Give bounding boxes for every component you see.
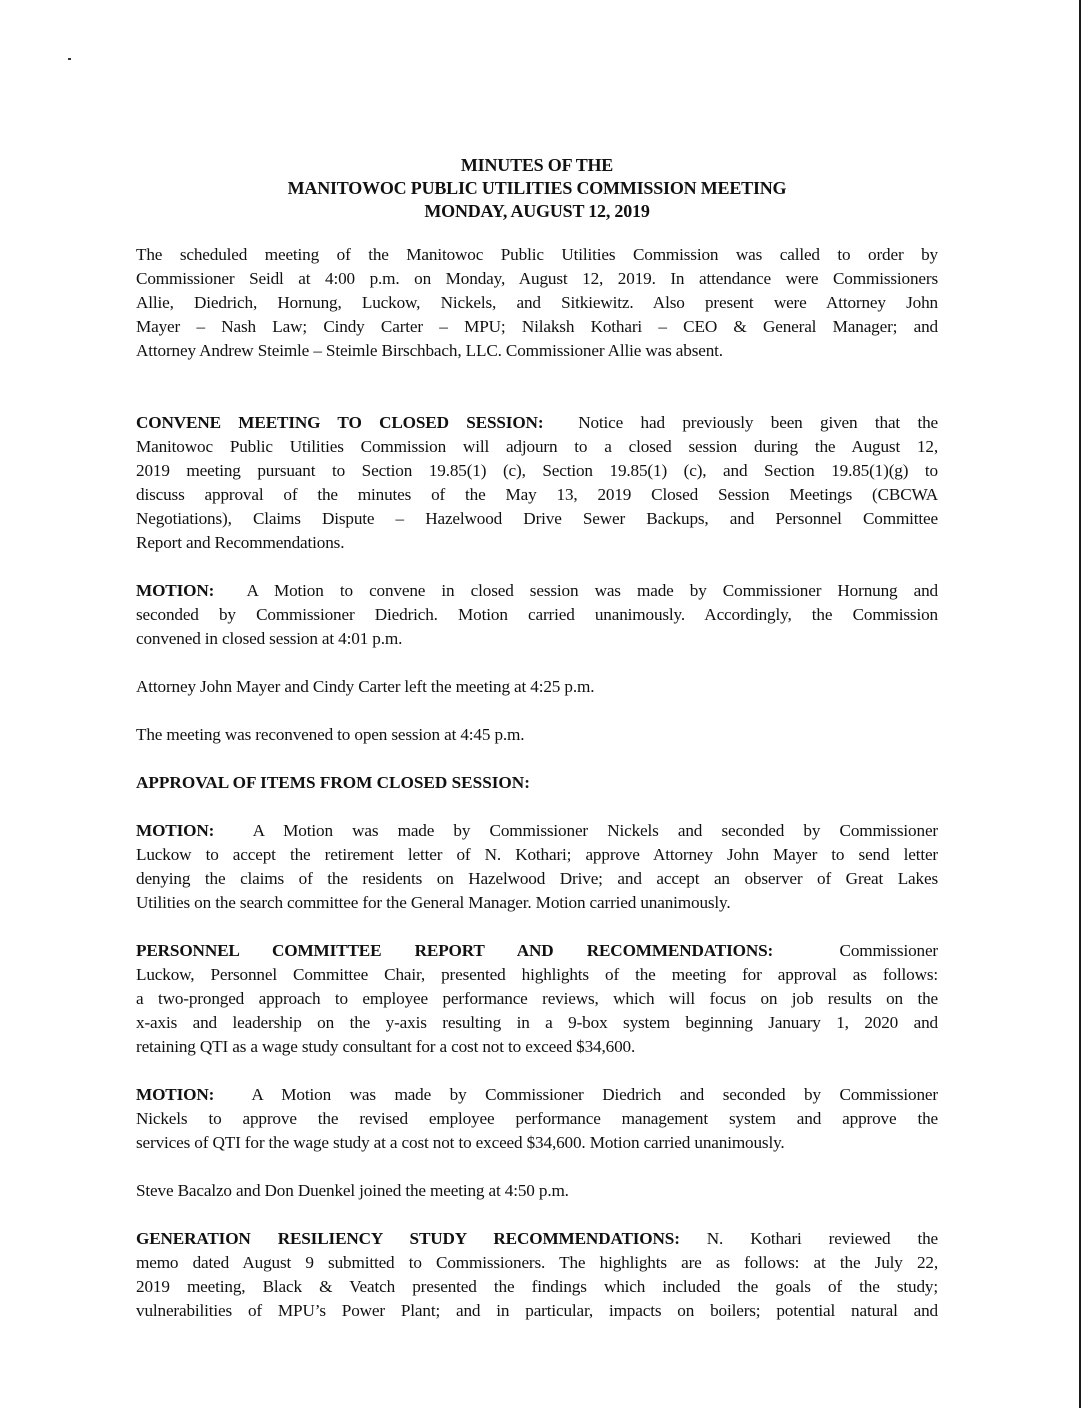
paragraph-line: retaining QTI as a wage study consultant… — [136, 1035, 938, 1059]
document-title: MINUTES OF THE MANITOWOC PUBLIC UTILITIE… — [136, 154, 938, 223]
motion-label: MOTION: — [136, 581, 214, 600]
title-line-3: MONDAY, AUGUST 12, 2019 — [136, 200, 938, 223]
paragraph-line: a two-pronged approach to employee perfo… — [136, 987, 938, 1011]
paragraph-line: discuss approval of the minutes of the M… — [136, 483, 938, 507]
line-text: Notice had previously been given that th… — [578, 413, 938, 432]
line-text: Commissioner — [840, 941, 938, 960]
paragraph-first-line: CONVENE MEETING TO CLOSED SESSION: Notic… — [136, 411, 938, 435]
motion-label: MOTION: — [136, 1085, 214, 1104]
personnel-committee-paragraph: PERSONNEL COMMITTEE REPORT AND RECOMMEND… — [136, 939, 938, 1059]
paragraph-first-line: GENERATION RESILIENCY STUDY RECOMMENDATI… — [136, 1227, 938, 1251]
paragraph-line: vulnerabilities of MPU’s Power Plant; an… — [136, 1299, 938, 1323]
paragraph-line: denying the claims of the residents on H… — [136, 867, 938, 891]
line-text: N. Kothari reviewed the — [707, 1229, 938, 1248]
paragraph-line: services of QTI for the wage study at a … — [136, 1131, 938, 1155]
paragraph-first-line: PERSONNEL COMMITTEE REPORT AND RECOMMEND… — [136, 939, 938, 963]
section-heading: GENERATION RESILIENCY STUDY RECOMMENDATI… — [136, 1229, 680, 1248]
reconvened-paragraph: The meeting was reconvened to open sessi… — [136, 723, 938, 747]
title-line-1: MINUTES OF THE — [136, 154, 938, 177]
paragraph-line: convened in closed session at 4:01 p.m. — [136, 627, 938, 651]
approval-items-heading: APPROVAL OF ITEMS FROM CLOSED SESSION: — [136, 771, 938, 795]
line-text: A Motion to convene in closed session wa… — [247, 581, 938, 600]
motion-label: MOTION: — [136, 821, 214, 840]
minutes-page: MINUTES OF THE MANITOWOC PUBLIC UTILITIE… — [136, 154, 938, 1323]
paragraph-line: Report and Recommendations. — [136, 531, 938, 555]
paragraph-line: 2019 meeting pursuant to Section 19.85(1… — [136, 459, 938, 483]
paragraph-line: Attorney Andrew Steimle – Steimle Birsch… — [136, 339, 938, 363]
paragraph-line: 2019 meeting, Black & Veatch presented t… — [136, 1275, 938, 1299]
paragraph-line: x-axis and leadership on the y-axis resu… — [136, 1011, 938, 1035]
paragraph-line: Negotiations), Claims Dispute – Hazelwoo… — [136, 507, 938, 531]
intro-paragraph: The scheduled meeting of the Manitowoc P… — [136, 243, 938, 363]
convene-closed-session-paragraph: CONVENE MEETING TO CLOSED SESSION: Notic… — [136, 411, 938, 555]
paragraph-first-line: MOTION: A Motion was made by Commissione… — [136, 819, 938, 843]
paragraph-first-line: MOTION: A Motion was made by Commissione… — [136, 1083, 938, 1107]
scan-speck — [68, 58, 71, 60]
section-heading: CONVENE MEETING TO CLOSED SESSION: — [136, 413, 543, 432]
paragraph-line: Steve Bacalzo and Don Duenkel joined the… — [136, 1179, 938, 1203]
paragraph-first-line: MOTION: A Motion to convene in closed se… — [136, 579, 938, 603]
paragraph-line: Luckow, Personnel Committee Chair, prese… — [136, 963, 938, 987]
motion-approval-paragraph: MOTION: A Motion was made by Commissione… — [136, 819, 938, 915]
generation-resiliency-paragraph: GENERATION RESILIENCY STUDY RECOMMENDATI… — [136, 1227, 938, 1323]
line-text: A Motion was made by Commissioner Diedri… — [251, 1085, 938, 1104]
motion-convene-paragraph: MOTION: A Motion to convene in closed se… — [136, 579, 938, 651]
paragraph-line: Mayer – Nash Law; Cindy Carter – MPU; Ni… — [136, 315, 938, 339]
motion-personnel-paragraph: MOTION: A Motion was made by Commissione… — [136, 1083, 938, 1155]
section-heading: PERSONNEL COMMITTEE REPORT AND RECOMMEND… — [136, 941, 773, 960]
line-text: A Motion was made by Commissioner Nickel… — [253, 821, 938, 840]
title-line-2: MANITOWOC PUBLIC UTILITIES COMMISSION ME… — [136, 177, 938, 200]
joined-paragraph: Steve Bacalzo and Don Duenkel joined the… — [136, 1179, 938, 1203]
paragraph-line: Utilities on the search committee for th… — [136, 891, 938, 915]
paragraph-line: seconded by Commissioner Diedrich. Motio… — [136, 603, 938, 627]
scan-edge-line — [1079, 0, 1081, 1408]
paragraph-line: Nickels to approve the revised employee … — [136, 1107, 938, 1131]
paragraph-line: Manitowoc Public Utilities Commission wi… — [136, 435, 938, 459]
attorney-left-paragraph: Attorney John Mayer and Cindy Carter lef… — [136, 675, 938, 699]
paragraph-line: Attorney John Mayer and Cindy Carter lef… — [136, 675, 938, 699]
paragraph-line: Luckow to accept the retirement letter o… — [136, 843, 938, 867]
paragraph-line: The scheduled meeting of the Manitowoc P… — [136, 243, 938, 267]
paragraph-line: Commissioner Seidl at 4:00 p.m. on Monda… — [136, 267, 938, 291]
paragraph-line: Allie, Diedrich, Hornung, Luckow, Nickel… — [136, 291, 938, 315]
paragraph-line: memo dated August 9 submitted to Commiss… — [136, 1251, 938, 1275]
paragraph-line: The meeting was reconvened to open sessi… — [136, 723, 938, 747]
